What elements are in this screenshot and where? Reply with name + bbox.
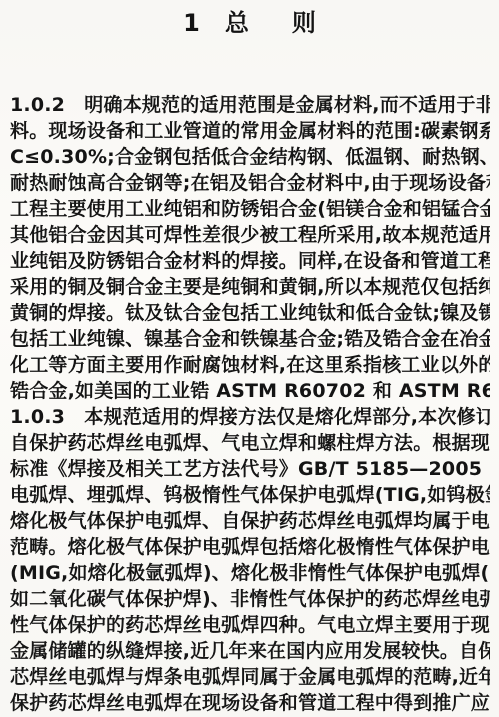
text-line: 如二氧化碳气体保护焊)、非惰性气体保护的药芯焊丝电弧焊和惰 (10, 586, 490, 612)
chapter-number: 1 (183, 9, 200, 37)
text-line: 金属储罐的纵缝焊接,近几年来在国内应用发展较快。自保护药 (10, 638, 490, 664)
text-line: 耐热耐蚀高合金钢等;在铝及铝合金材料中,由于现场设备和管道 (10, 170, 490, 196)
text-line: 料。现场设备和工业管道的常用金属材料的范围:碳素钢系指含 (10, 118, 490, 144)
text-line: 包括工业纯镍、镍基合金和铁镍基合金;锆及锆合金在冶金、石油 (10, 326, 490, 352)
chapter-title-char-1: 总 (225, 9, 249, 37)
text-line: 标准《焊接及相关工艺方法代号》GB/T 5185—2005 的分类,焊条 (10, 456, 490, 482)
text-line: C≤0.30%;合金钢包括低合金结构钢、低温钢、耐热钢、不锈钢、 (10, 144, 490, 170)
body-text: 1.0.2 明确本规范的适用范围是金属材料,而不适用于非金属材 料。现场设备和工… (10, 92, 490, 716)
text-line: 采用的铜及铜合金主要是纯铜和黄铜,所以本规范仅包括纯铜和 (10, 274, 490, 300)
text-line: 自保护药芯焊丝电弧焊、气电立焊和螺柱焊方法。根据现行国家 (10, 430, 490, 456)
text-line: 1.0.2 明确本规范的适用范围是金属材料,而不适用于非金属材 (10, 92, 490, 118)
text-line: 熔化极气体保护电弧焊、自保护药芯焊丝电弧焊均属于电弧焊的 (10, 508, 490, 534)
text-line: 保护药芯焊丝电弧焊在现场设备和管道工程中得到推广应用。螺 (10, 690, 490, 716)
text-line: 锆合金,如美国的工业锆 ASTM R60702 和 ASTM R60705 等。 (10, 378, 490, 404)
text-line: 电弧焊、埋弧焊、钨极惰性气体保护电弧焊(TIG,如钨极氩弧焊)、 (10, 482, 490, 508)
text-line: 工程主要使用工业纯铝和防锈铝合金(铝镁合金和铝锰合金),而 (10, 196, 490, 222)
text-line: 业纯铝及防锈铝合金材料的焊接。同样,在设备和管道工程中所 (10, 248, 490, 274)
document-page: 1 总 则 1.0.2 明确本规范的适用范围是金属材料,而不适用于非金属材 料。… (0, 0, 499, 717)
text-line: (MIG,如熔化极氩弧焊)、熔化极非惰性气体保护电弧焊(MAG, (10, 560, 490, 586)
chapter-title-char-2: 则 (292, 9, 316, 37)
text-line: 1.0.3 本规范适用的焊接方法仅是熔化焊部分,本次修订增加了 (10, 404, 490, 430)
text-line: 黄铜的焊接。钛及钛合金包括工业纯钛和低合金钛;镍及镍合金 (10, 300, 490, 326)
text-line: 化工等方面主要用作耐腐蚀材料,在这里系指核工业以外的锆及 (10, 352, 490, 378)
text-line: 范畴。熔化极气体保护电弧焊包括熔化极惰性气体保护电弧焊 (10, 534, 490, 560)
text-line: 其他铝合金因其可焊性差很少被工程所采用,故本规范适用于工 (10, 222, 490, 248)
text-line: 芯焊丝电弧焊与焊条电弧焊同属于金属电弧焊的范畴,近年来自 (10, 664, 490, 690)
chapter-title: 1 总 则 (0, 0, 499, 37)
text-line: 性气体保护的药芯焊丝电弧焊四种。气电立焊主要用于现场大型 (10, 612, 490, 638)
